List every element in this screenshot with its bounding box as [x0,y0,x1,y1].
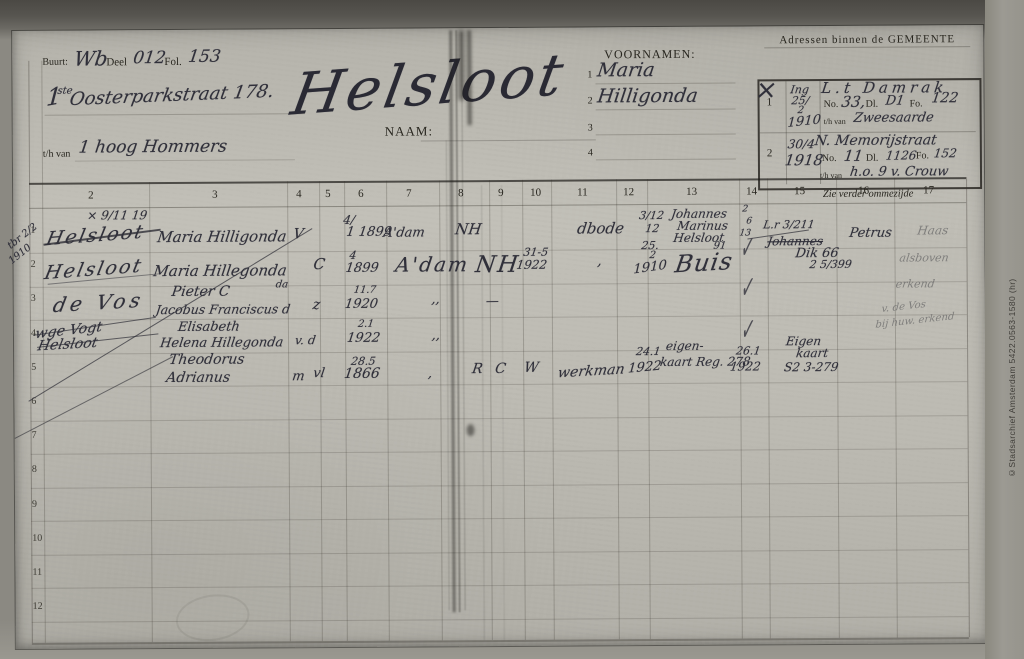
cell-r3-name: Pieter C [171,284,231,300]
cell-c14-num-2: 6 [746,216,753,226]
buurt-label: Buurt: [42,57,68,68]
row2-date-a: 30/4 [787,137,816,151]
voornaam-num-2: 2 [588,95,593,106]
crease-line [467,30,472,125]
cell-r1-c12-b: 12 [644,222,660,235]
voornaam-rule-2 [596,109,736,111]
cell-r2-c13: Buis [673,247,735,278]
cell-r2-occupation: , [596,253,603,269]
row-line [31,448,968,455]
voornaam-rule-3 [596,134,736,136]
crease-line [458,30,464,100]
cell-c14-num-1: 2 [742,204,749,214]
row-number-7: 7 [32,430,37,441]
cell-r7-name: Theodorus [168,352,246,368]
check-mark-2: ✓ [739,269,757,307]
row1-dl-label: Dl. [866,99,879,110]
scanned-card-photo: Buurt: Wb Deel 012 Fol. 153 1 ste Ooster… [0,0,1024,659]
cell-c17-note-3: erkend [895,277,936,290]
voornaam-num-3: 3 [588,122,593,133]
row1-no-label: No. [824,99,839,110]
row1-dl: D1 [885,94,906,109]
row-number-2: 2 [31,259,36,270]
cell-r8-occupation: werkman [557,362,626,382]
cell-r8-name: Adrianus [165,370,231,386]
cell-r3-date-a: 11.7 [353,285,377,296]
row2-fo-label: Fo. [916,150,929,161]
cell-r6-name: Helena Hillegonda [159,335,284,351]
cell-r8-c15-b: kaart [795,346,829,360]
column-header-7: 7 [406,188,412,200]
deel-label: Deel [106,56,127,68]
voornaam-rule-4 [596,159,736,161]
row1-fo-label: Fo. [910,98,923,109]
table-header-rule [29,202,966,209]
row2-fo: 152 [933,146,958,160]
address-box-row2-num: 2 [767,147,773,159]
row-number-5: 5 [31,362,36,373]
cell-r8-date-b: 1866 [343,366,381,382]
naam-rule [421,139,596,141]
cell-r3-church: — [485,294,500,309]
row-line [30,281,967,288]
cell-r8-c4: m [291,369,305,384]
cell-r2-date-b: 1899 [345,261,380,276]
cell-c17-note-1: Haas [916,223,949,237]
column-header-2: 2 [88,189,94,201]
deel-value: 012 [132,48,167,68]
column-header-3: 3 [212,189,218,201]
row1-fo: 122 [930,90,959,106]
row-number-10: 10 [32,533,42,544]
row1-street: L.t Damrak [820,78,948,97]
cell-r8-c14-b: 1922 [729,359,761,373]
column-line [966,177,970,637]
voornaam-num-4: 4 [588,147,593,158]
address-box-title-rule [764,46,970,48]
row-number-12: 12 [33,601,43,612]
voornaam-1: Maria [596,59,656,81]
row2-no: 11 [843,147,865,165]
cell-r3-date-b: 1920 [344,297,379,312]
column-header-14: 14 [746,185,757,197]
cell-r8-c12-a: 24.1 [635,345,661,358]
row-line [31,482,968,489]
ink-blob [467,424,475,436]
row2-dl: 1126 [885,148,917,162]
address-rule [45,113,305,116]
row-line [32,616,969,623]
crease-line [455,30,460,612]
cell-r8-church-a: R C [471,361,511,377]
cell-r4-surname-b: Helsloot [36,335,99,354]
row1-date-c: 1910 [787,112,821,131]
surname-signature: Helsloot [287,40,572,128]
fol-label: Fol. [164,56,182,68]
cell-r2-surname: Helsloot [42,255,145,284]
cell-r2-church: NH [474,252,522,278]
cell-r3-name-note: da [275,279,289,290]
cell-r2-c15-c: 2 5/399 [809,258,853,271]
voornaam-num-1: 1 [587,69,592,80]
cell-r2-c12-c: 1910 [633,258,667,278]
table-grid: 234567891011121314151617123456789101112 [12,25,983,31]
row-line [31,515,968,522]
cell-r1-church: NH [454,220,483,238]
cell-r1-occupation: dbode [576,219,625,237]
cell-r1-surname: Helsloot [44,221,147,250]
row-line [31,549,968,556]
row1-no: 33, [840,93,866,111]
row2-date-b: 1918 [784,151,825,169]
cell-c17-note-2: alsboven [899,251,950,264]
cell-r2-place: A'dam [394,252,471,276]
row-line [31,415,968,422]
cell-r4-date-b: 1922 [346,331,381,346]
th-van-label: t/h van [43,149,71,160]
address-box-title: Adressen binnen de GEMEENTE [754,33,980,46]
column-header-5: 5 [325,188,331,200]
column-header-11: 11 [577,186,588,198]
column-header-16: 16 [858,185,869,197]
cell-r1-c15: L.r 3/211 [762,218,815,231]
buurt-value: Wb [73,46,110,70]
row1-th: Zweesaarde [853,110,935,126]
address-box: × 1 Ing L.t Damrak 25/ 2 1910 No. 33, Dl… [757,78,982,190]
fol-value: 153 [187,47,222,67]
archive-strip: ©Stadsarchief Amsterdam 5422.0563-1580 (… [985,0,1024,659]
cell-r1-c4: V [292,226,304,242]
cell-r8-c15-c: S2 3-279 [783,360,839,374]
faint-stamp [173,590,253,646]
row2-dl-label: Dl. [866,153,879,164]
cell-r8-c13-a: eigen- [665,339,704,353]
column-line [28,61,33,643]
cell-r1-name: Maria Hilligonda [156,227,288,246]
column-header-4: 4 [296,188,302,200]
cell-r8-c5: vl [312,366,326,381]
cell-r4-name: Jacobus Franciscus d [155,301,291,317]
table-bottom-rule [32,637,969,645]
cell-r1-c16: Petrus [848,226,892,241]
registration-card: Buurt: Wb Deel 012 Fol. 153 1 ste Ooster… [12,25,987,649]
row-number-11: 11 [32,567,42,578]
column-header-10: 10 [530,187,541,199]
column-header-6: 6 [358,188,364,200]
cell-r2-name: Maria Hillegonda [152,261,288,280]
column-header-15: 15 [794,185,805,197]
column-header-12: 12 [623,186,634,198]
cell-r4-c45: v. d [294,333,317,347]
crease-line [446,140,450,610]
cell-r1-place: A'dam [382,225,425,240]
row1-th-label: t/h van [824,117,846,126]
cell-r2-c5: C [312,255,326,273]
cell-r8-c12-b: 1922 [627,359,662,377]
address-street: Oosterparkstraat 178. [68,81,276,110]
th-rule [75,159,295,161]
voornaam-2: Hilligonda [596,85,699,108]
column-header-13: 13 [686,186,697,198]
th-van-value: 1 hoog Hommers [77,137,228,158]
cell-r4-date-a: 2.1 [357,319,374,330]
row2-no-label: No. [822,153,837,164]
row2-street: N. Memorijstraat [814,132,938,149]
row-number-3: 3 [31,293,36,304]
cell-r5-name: Elisabeth [177,320,241,335]
row-number-8: 8 [32,464,37,475]
cell-r3-surname: de Vos [51,288,147,317]
address-box-row1-num: 1 [767,96,773,108]
crease-line [461,32,466,610]
cell-r2-leave-b: 1922 [516,258,548,272]
cell-c17-note-4: v. de Vos [881,299,926,315]
copyright-text: ©Stadsarchief Amsterdam 5422.0563-1580 (… [1007,148,1017,478]
column-header-17: 17 [923,184,934,196]
cell-r8-c14-a: 26.1 [735,344,761,357]
cell-r8-church-b: W [523,360,540,376]
cell-r8-place: , [427,366,433,381]
cell-r1-c12-a: 3/12 [638,209,664,222]
row-line [32,582,969,589]
naam-label: NAAM: [385,123,433,139]
row-number-9: 9 [32,498,37,509]
